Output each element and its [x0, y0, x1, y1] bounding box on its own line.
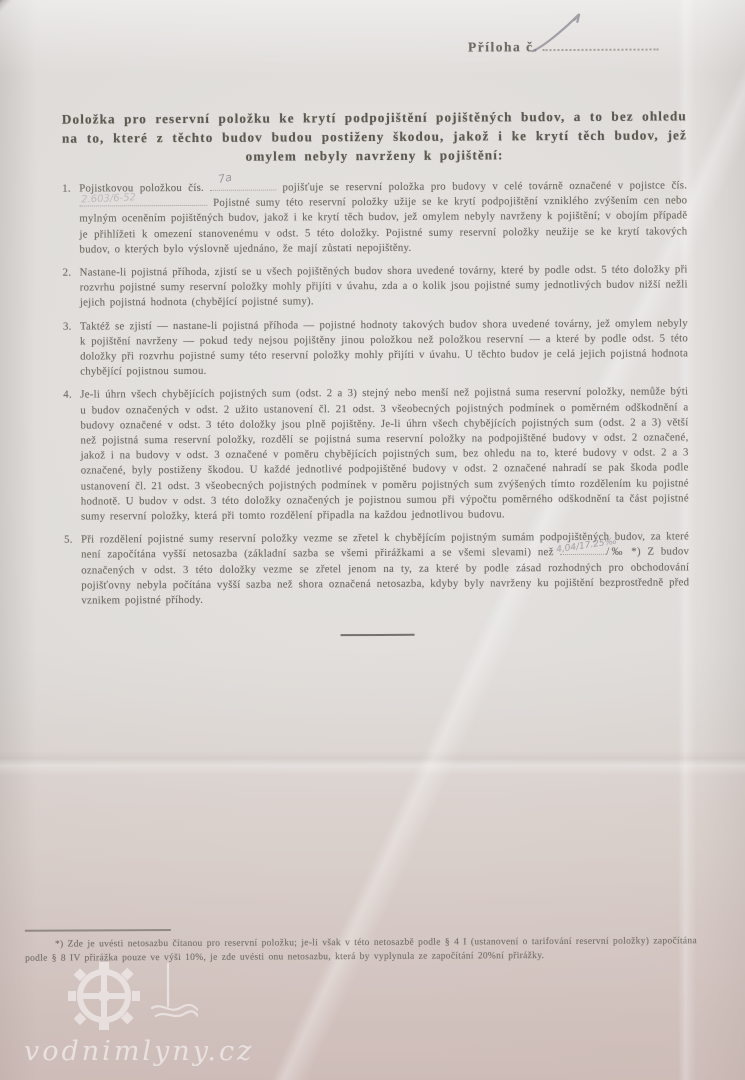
watermark: vodnimlyny.cz [24, 962, 254, 1067]
fill-in-blank-policy-item: 7a [210, 181, 276, 191]
clause-list: 1. Pojistkovou položkou čís. 7a pojišťuj… [62, 178, 689, 609]
fill-in-blank-rate: 4,04/17.25‰ [560, 545, 606, 555]
footnote-block: *) Zde je uvésti netosazbu čítanou pro r… [25, 926, 697, 966]
clause-1: 1. Pojistkovou položkou čís. 7a pojišťuj… [62, 178, 687, 257]
clause-text: Nastane-li pojistná příhoda, zjistí se u… [80, 262, 688, 311]
clause-body: Pojistkovou položkou čís. 7a pojišťuje s… [79, 178, 687, 257]
clause-number: 4. [63, 388, 81, 525]
clause-4: 4. Je-li úhrn všech chybějících pojistný… [63, 385, 689, 525]
mill-wheel-logo-icon [68, 962, 198, 1034]
handwritten-entry: 2.603/6-52 [81, 190, 136, 207]
section-divider [340, 634, 414, 636]
clause-text: pojišťuje se reservní položka pro budovy… [282, 179, 687, 193]
clause-text: Taktéž se zjistí — nastane-li pojistná p… [80, 316, 688, 380]
clause-5: 5. Při rozdělení pojistné sumy reservní … [64, 530, 689, 609]
clause-number: 5. [64, 533, 81, 609]
footnote-separator [25, 929, 171, 932]
clause-text: Je-li úhrn všech chybějících pojistných … [80, 385, 689, 525]
clause-number: 3. [63, 319, 80, 380]
handwritten-slash-mark [528, 13, 588, 53]
fill-in-blank-policy-number: 2.603/6-52 [79, 196, 207, 207]
clause-number: 1. [62, 182, 79, 258]
clause-number: 2. [63, 266, 80, 312]
handwritten-entry: 7a [217, 169, 233, 186]
attachment-row: Příloha č. [61, 36, 686, 79]
document-content: Příloha č. Doložka pro reservní položku … [61, 36, 689, 638]
clause-2: 2. Nastane-li pojistná příhoda, zjistí s… [63, 262, 688, 311]
footnote-text: *) Zde je uvésti netosazbu čítanou pro r… [25, 935, 697, 966]
clause-3: 3. Taktéž se zjistí — nastane-li pojistn… [63, 316, 688, 380]
attachment-dotted-line [542, 37, 658, 52]
clause-body: Při rozdělení pojistné sumy reservní pol… [81, 530, 689, 609]
document-photo: Příloha č. Doložka pro reservní položku … [0, 0, 745, 1080]
watermark-text: vodnimlyny.cz [24, 1036, 254, 1067]
document-title: Doložka pro reservní položku ke krytí po… [62, 106, 687, 166]
